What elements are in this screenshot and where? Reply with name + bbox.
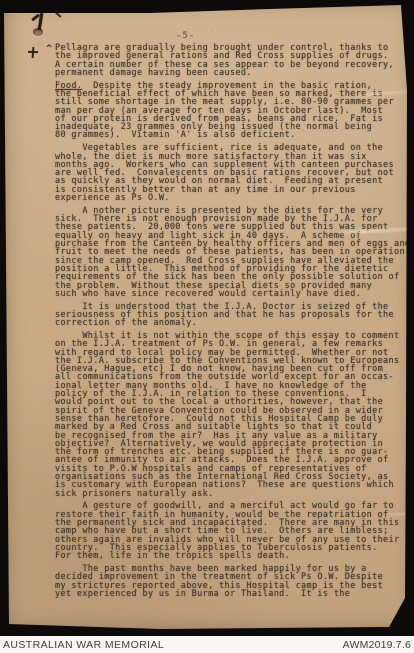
document-text: Pellagra are gradually being brought und…	[55, 44, 403, 603]
scanned-document-screen: ^ . . -5- Pellagra are gradually being b…	[0, 0, 414, 653]
scan-background: ^ . . -5- Pellagra are gradually being b…	[0, 0, 414, 636]
text-line: 80 grammes). Vitamin 'A' is also deficie…	[55, 131, 403, 139]
cross-mark	[28, 51, 38, 54]
paragraph: A gesture of goodwill, and a merciful ac…	[55, 502, 403, 560]
text-line: yet experienced by us in Burma or Thaila…	[55, 590, 403, 598]
paragraph: It is understood that the I.J.A. Doctor …	[55, 303, 403, 328]
text-line: experience as Ps O.W.	[55, 194, 403, 202]
paragraph: A nother picture is presented by the die…	[55, 207, 403, 298]
text-line: such who have since recovered would cert…	[55, 290, 403, 298]
paragraph: Pellagra are gradually being brought und…	[55, 44, 403, 77]
text-line: sick prisoners naturally ask.	[55, 490, 403, 498]
paragraph: Whilst it is not within the scope of thi…	[55, 332, 403, 498]
paragraph: The past months have been marked happily…	[55, 565, 403, 598]
document-page: ^ . . -5- Pellagra are gradually being b…	[0, 0, 414, 636]
text-line: For them, life in the tropics spells dea…	[55, 552, 403, 560]
text-line: permanent damage having been caused.	[55, 69, 403, 77]
archive-name: AUSTRALIAN WAR MEMORIAL	[0, 639, 164, 651]
text-line: correction of the anomaly.	[55, 319, 403, 327]
archive-footer-strip: AUSTRALIAN WAR MEMORIAL AWM2019.7.6	[0, 636, 414, 653]
page-number: -5-	[176, 31, 195, 41]
ink-tick-mark	[53, 10, 61, 18]
paragraph: Food. Despite the steady improvement in …	[55, 82, 403, 140]
paragraph: Vegetables are sufficient, rice is adequ…	[55, 144, 403, 202]
caret-mark: ^	[44, 44, 53, 55]
archive-item-id: AWM2019.7.6	[343, 639, 414, 651]
